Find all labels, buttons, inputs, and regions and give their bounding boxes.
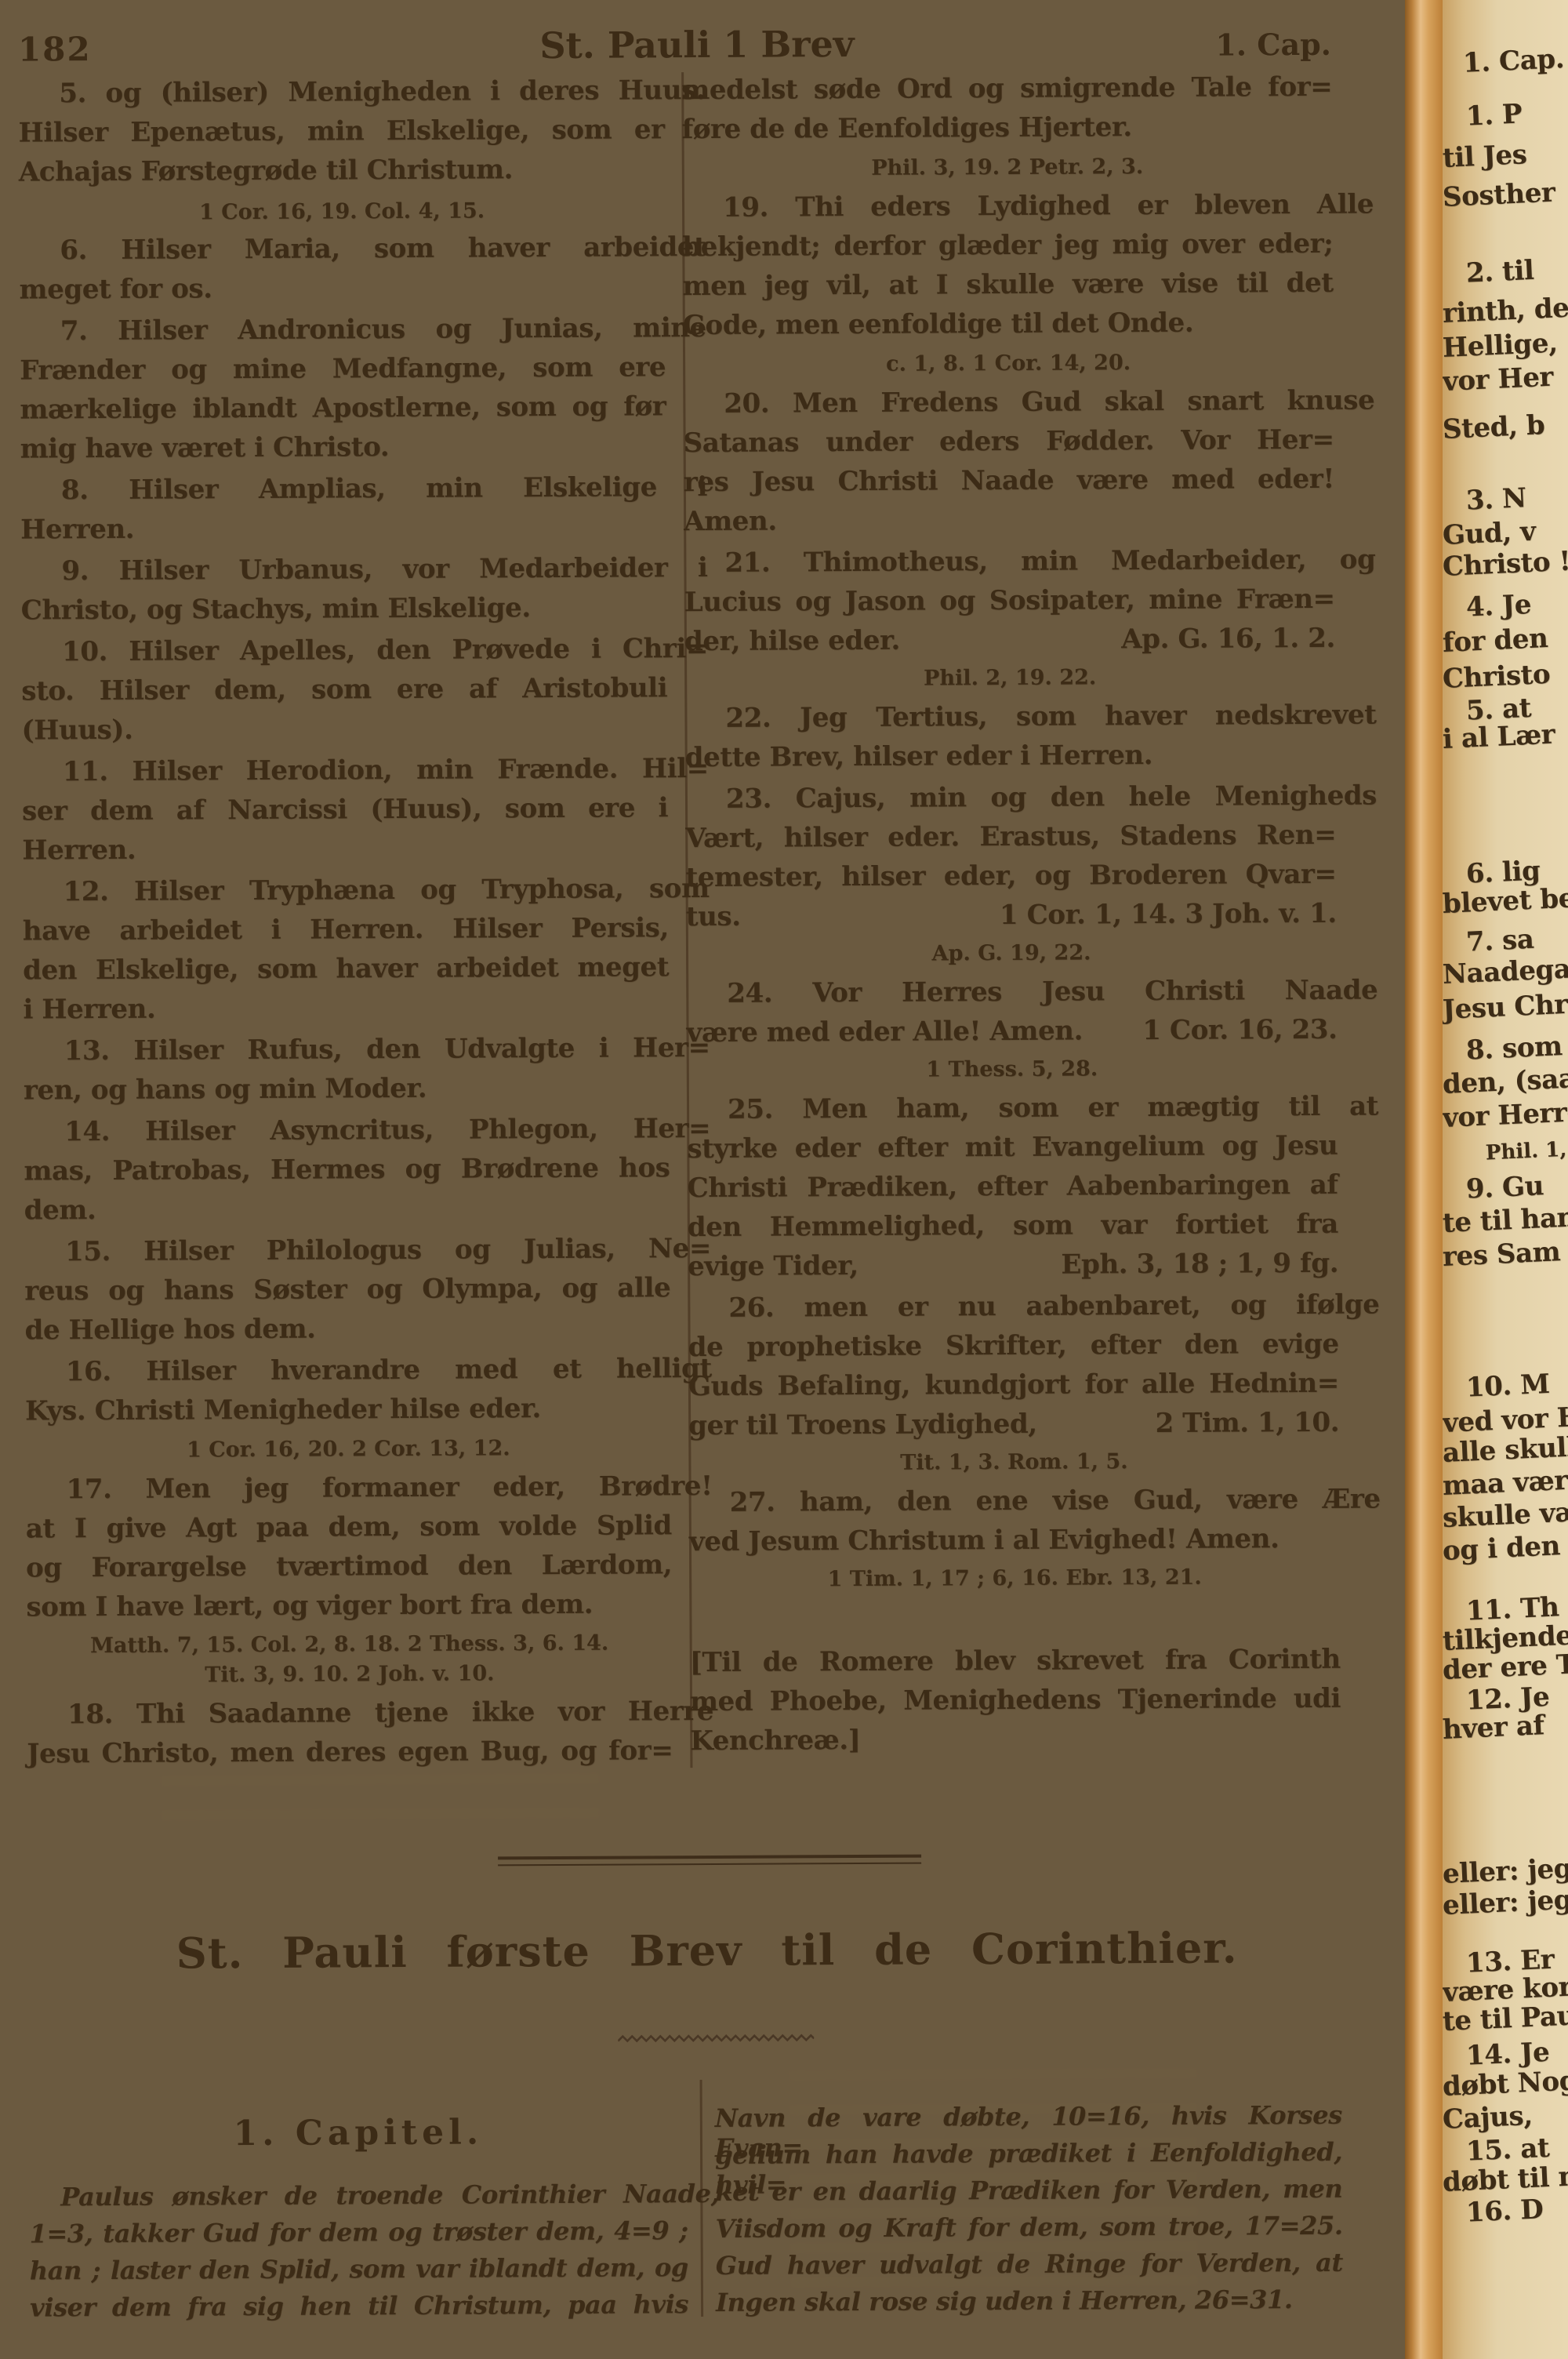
next-page-text-fragment: skulle vær [1443,1497,1568,1534]
left-page-content: 182 St. Pauli 1 Brev 1. Cap. 5. og (hils… [0,0,1399,4]
next-page-text-fragment: Christo ! [1443,546,1568,583]
next-page-text-fragment: døbt Nog [1443,2066,1568,2103]
next-page-text-fragment: den, (saa [1443,1063,1568,1100]
summary-text-line: 1=3, takker Gud for dem og trøster dem, … [29,2215,688,2248]
next-page-text-fragment: Naadega [1443,954,1568,990]
next-page-text-fragment: 1. P [1443,95,1568,133]
next-page-text-fragment: hver af [1443,1709,1568,1746]
next-page-text-fragment: blevet be [1443,883,1568,920]
next-page-text-fragment: maa være [1443,1465,1568,1502]
chapter-summary-right: Navn de vare døbte, 10=16, hvis Korses E… [704,0,1344,2359]
next-page-text-fragment: og i den [1443,1530,1568,1567]
book-gutter-fold [1405,0,1443,2359]
book-scan: 182 St. Pauli 1 Brev 1. Cap. 5. og (hils… [0,0,1568,2359]
next-page-text-fragment: vor Her [1443,361,1568,398]
summary-text-line: han ; laster den Splid, som var iblandt … [30,2252,688,2285]
chapter-summary-left: Paulus ønsker de troende Corinthier Naad… [18,0,689,2359]
next-page-text-fragment: Cajus, [1443,2099,1568,2135]
next-page-text-fragment: 8. som [1443,1029,1568,1067]
next-page-text-fragment: 4. Je [1443,586,1568,624]
next-page-text-fragment: eller: jeg [1443,1885,1568,1921]
next-page-text-fragment: res Sam [1443,1236,1568,1273]
next-page-text-fragment: vor Herre [1443,1097,1568,1134]
next-page-text-fragment: for den [1443,622,1568,659]
next-page-edge: 1. Cap.1. Ptil JesSosther2. tilrinth, de… [1443,0,1568,2359]
next-page-text-fragment: 7. sa [1443,921,1568,959]
next-page-text-fragment: 10. M [1443,1366,1568,1405]
summary-text-line: Viisdom og Kraft for dem, som troe, 17=2… [715,2211,1342,2244]
next-page-text-fragment: te til Pau [1443,2001,1568,2037]
next-page-text-fragment: Hellige, [1443,327,1568,364]
next-page-text-fragment: rinth, de [1443,293,1568,329]
left-page: 182 St. Pauli 1 Brev 1. Cap. 5. og (hils… [0,0,1405,2359]
summary-text-line: viser dem fra sig hen til Christum, paa … [30,2289,688,2322]
next-page-text-fragment: Jesu Chr [1443,989,1568,1026]
summary-text-line: Ingen skal rose sig uden i Herren, 26=31… [716,2284,1343,2317]
next-page-text-fragment: Sted, b [1443,409,1568,445]
next-page-text-fragment: alle skulle [1443,1432,1568,1469]
next-page-text-fragment: i al Lær [1443,718,1568,755]
next-page-text-fragment: Phil. 1, [1443,1136,1568,1167]
summary-text-line: Gud haver udvalgt de Ringe for Verden, a… [716,2248,1343,2281]
next-page-text-fragment: til Jes [1443,137,1568,174]
summary-text-line: Paulus ønsker de troende Corinthier Naad… [29,2179,719,2212]
next-page-text-fragment: 16. D [1443,2191,1568,2230]
next-page-text-fragment: te til han [1443,1202,1568,1239]
next-page-text-fragment: 3. N [1443,479,1568,518]
next-page-text-fragment: 2. til [1443,252,1568,290]
next-page-text-fragment: 9. Gu [1443,1168,1568,1206]
next-page-text-fragment: 1. Cap. [1443,42,1568,80]
summary-text-line: ket er en daarlig Prædiken for Verden, m… [715,2174,1342,2207]
next-page-text-fragment: Christo [1443,658,1568,695]
next-page-text-fragment: Sosther [1443,176,1568,213]
